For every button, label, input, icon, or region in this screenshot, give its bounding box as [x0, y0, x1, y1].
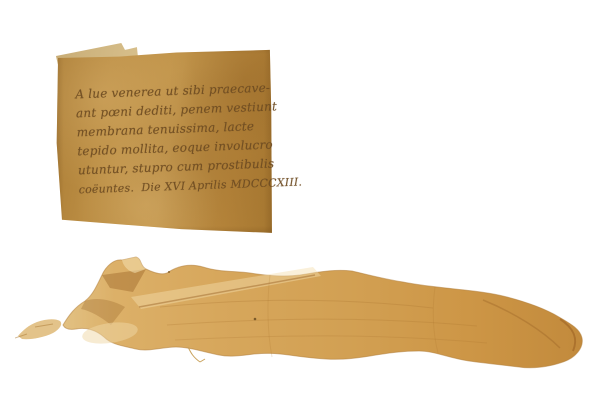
speck: [254, 318, 257, 321]
manuscript-text: A lue venerea ut sibi praecave- ant pœni…: [75, 79, 271, 200]
photo-canvas: A lue venerea ut sibi praecave- ant pœni…: [0, 0, 610, 407]
speck: [168, 271, 170, 273]
membrane-sheath: [15, 245, 595, 385]
torn-wisp: [18, 319, 61, 339]
manuscript-note: A lue venerea ut sibi praecave- ant pœni…: [50, 38, 280, 240]
